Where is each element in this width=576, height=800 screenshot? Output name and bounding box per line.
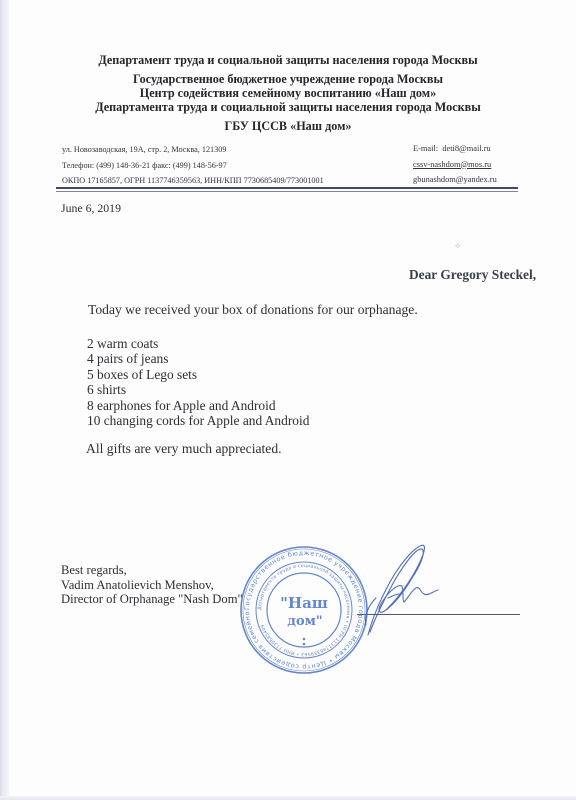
signoff-block: Best regards, Vadim Anatolievich Menshov… (61, 563, 243, 607)
list-item: 4 pairs of jeans (87, 351, 309, 366)
email-address: gbunashdom@yandex.ru (413, 175, 497, 184)
handwritten-signature (358, 540, 488, 640)
svg-text:дом": дом" (287, 614, 322, 629)
email-address: cssv-nashdom@mos.ru (413, 160, 491, 169)
letterhead-institution-line3: Департамента труда и социальной защиты н… (0, 100, 576, 115)
letterhead-divider (56, 187, 518, 189)
letterhead-department: Департамент труда и социальной защиты на… (0, 53, 576, 68)
stamp-icon: Государственное бюджетное учреждение гор… (238, 544, 370, 676)
contact-email-1: E-mail: deti8@mail.ru (413, 141, 497, 157)
letterhead-divider-thin (56, 191, 518, 192)
contact-email-2: cssv-nashdom@mos.ru (413, 157, 497, 173)
list-item: 5 boxes of Lego sets (87, 367, 309, 382)
contact-address: ул. Новозаводская, 19А, стр. 2, Москва, … (62, 142, 324, 158)
scan-speck: ✧ (454, 241, 462, 252)
signoff-regards: Best regards, (61, 563, 243, 578)
email-label: E-mail: (413, 144, 438, 153)
official-stamp: Государственное бюджетное учреждение гор… (238, 544, 370, 676)
contact-phone: Телефон: (499) 148-36-21 факс: (499) 148… (62, 158, 324, 174)
letterhead-institution-line1: Государственное бюджетное учреждение гор… (0, 72, 576, 87)
svg-text:"Наш: "Наш (280, 594, 328, 612)
donation-list: 2 warm coats 4 pairs of jeans 5 boxes of… (87, 336, 309, 428)
contacts-address-block: ул. Новозаводская, 19А, стр. 2, Москва, … (62, 142, 324, 189)
list-item: 2 warm coats (87, 336, 309, 351)
letterhead-short-name: ГБУ ЦССВ «Наш дом» (0, 119, 576, 134)
signoff-name: Vadim Anatolievich Menshov, (61, 578, 243, 593)
list-item: 8 earphones for Apple and Android (87, 398, 309, 413)
salutation: Dear Gregory Steckel, (409, 267, 536, 283)
letter-page: Департамент труда и социальной защиты на… (0, 0, 576, 800)
letter-date: June 6, 2019 (61, 201, 121, 216)
signature-icon (358, 540, 488, 640)
letter-intro: Today we received your box of donations … (88, 302, 418, 318)
letter-closing: All gifts are very much appreciated. (86, 441, 282, 457)
list-item: 10 changing cords for Apple and Android (87, 413, 309, 428)
email-address: deti8@mail.ru (442, 144, 490, 153)
letterhead-institution-line2: Центр содействия семейному воспитанию «Н… (0, 86, 576, 101)
signoff-title: Director of Orphanage "Nash Dom" (61, 592, 243, 607)
contact-email-3: gbunashdom@yandex.ru (413, 172, 497, 188)
list-item: 6 shirts (87, 382, 309, 397)
contacts-email-block: E-mail: deti8@mail.ru cssv-nashdom@mos.r… (413, 141, 497, 188)
